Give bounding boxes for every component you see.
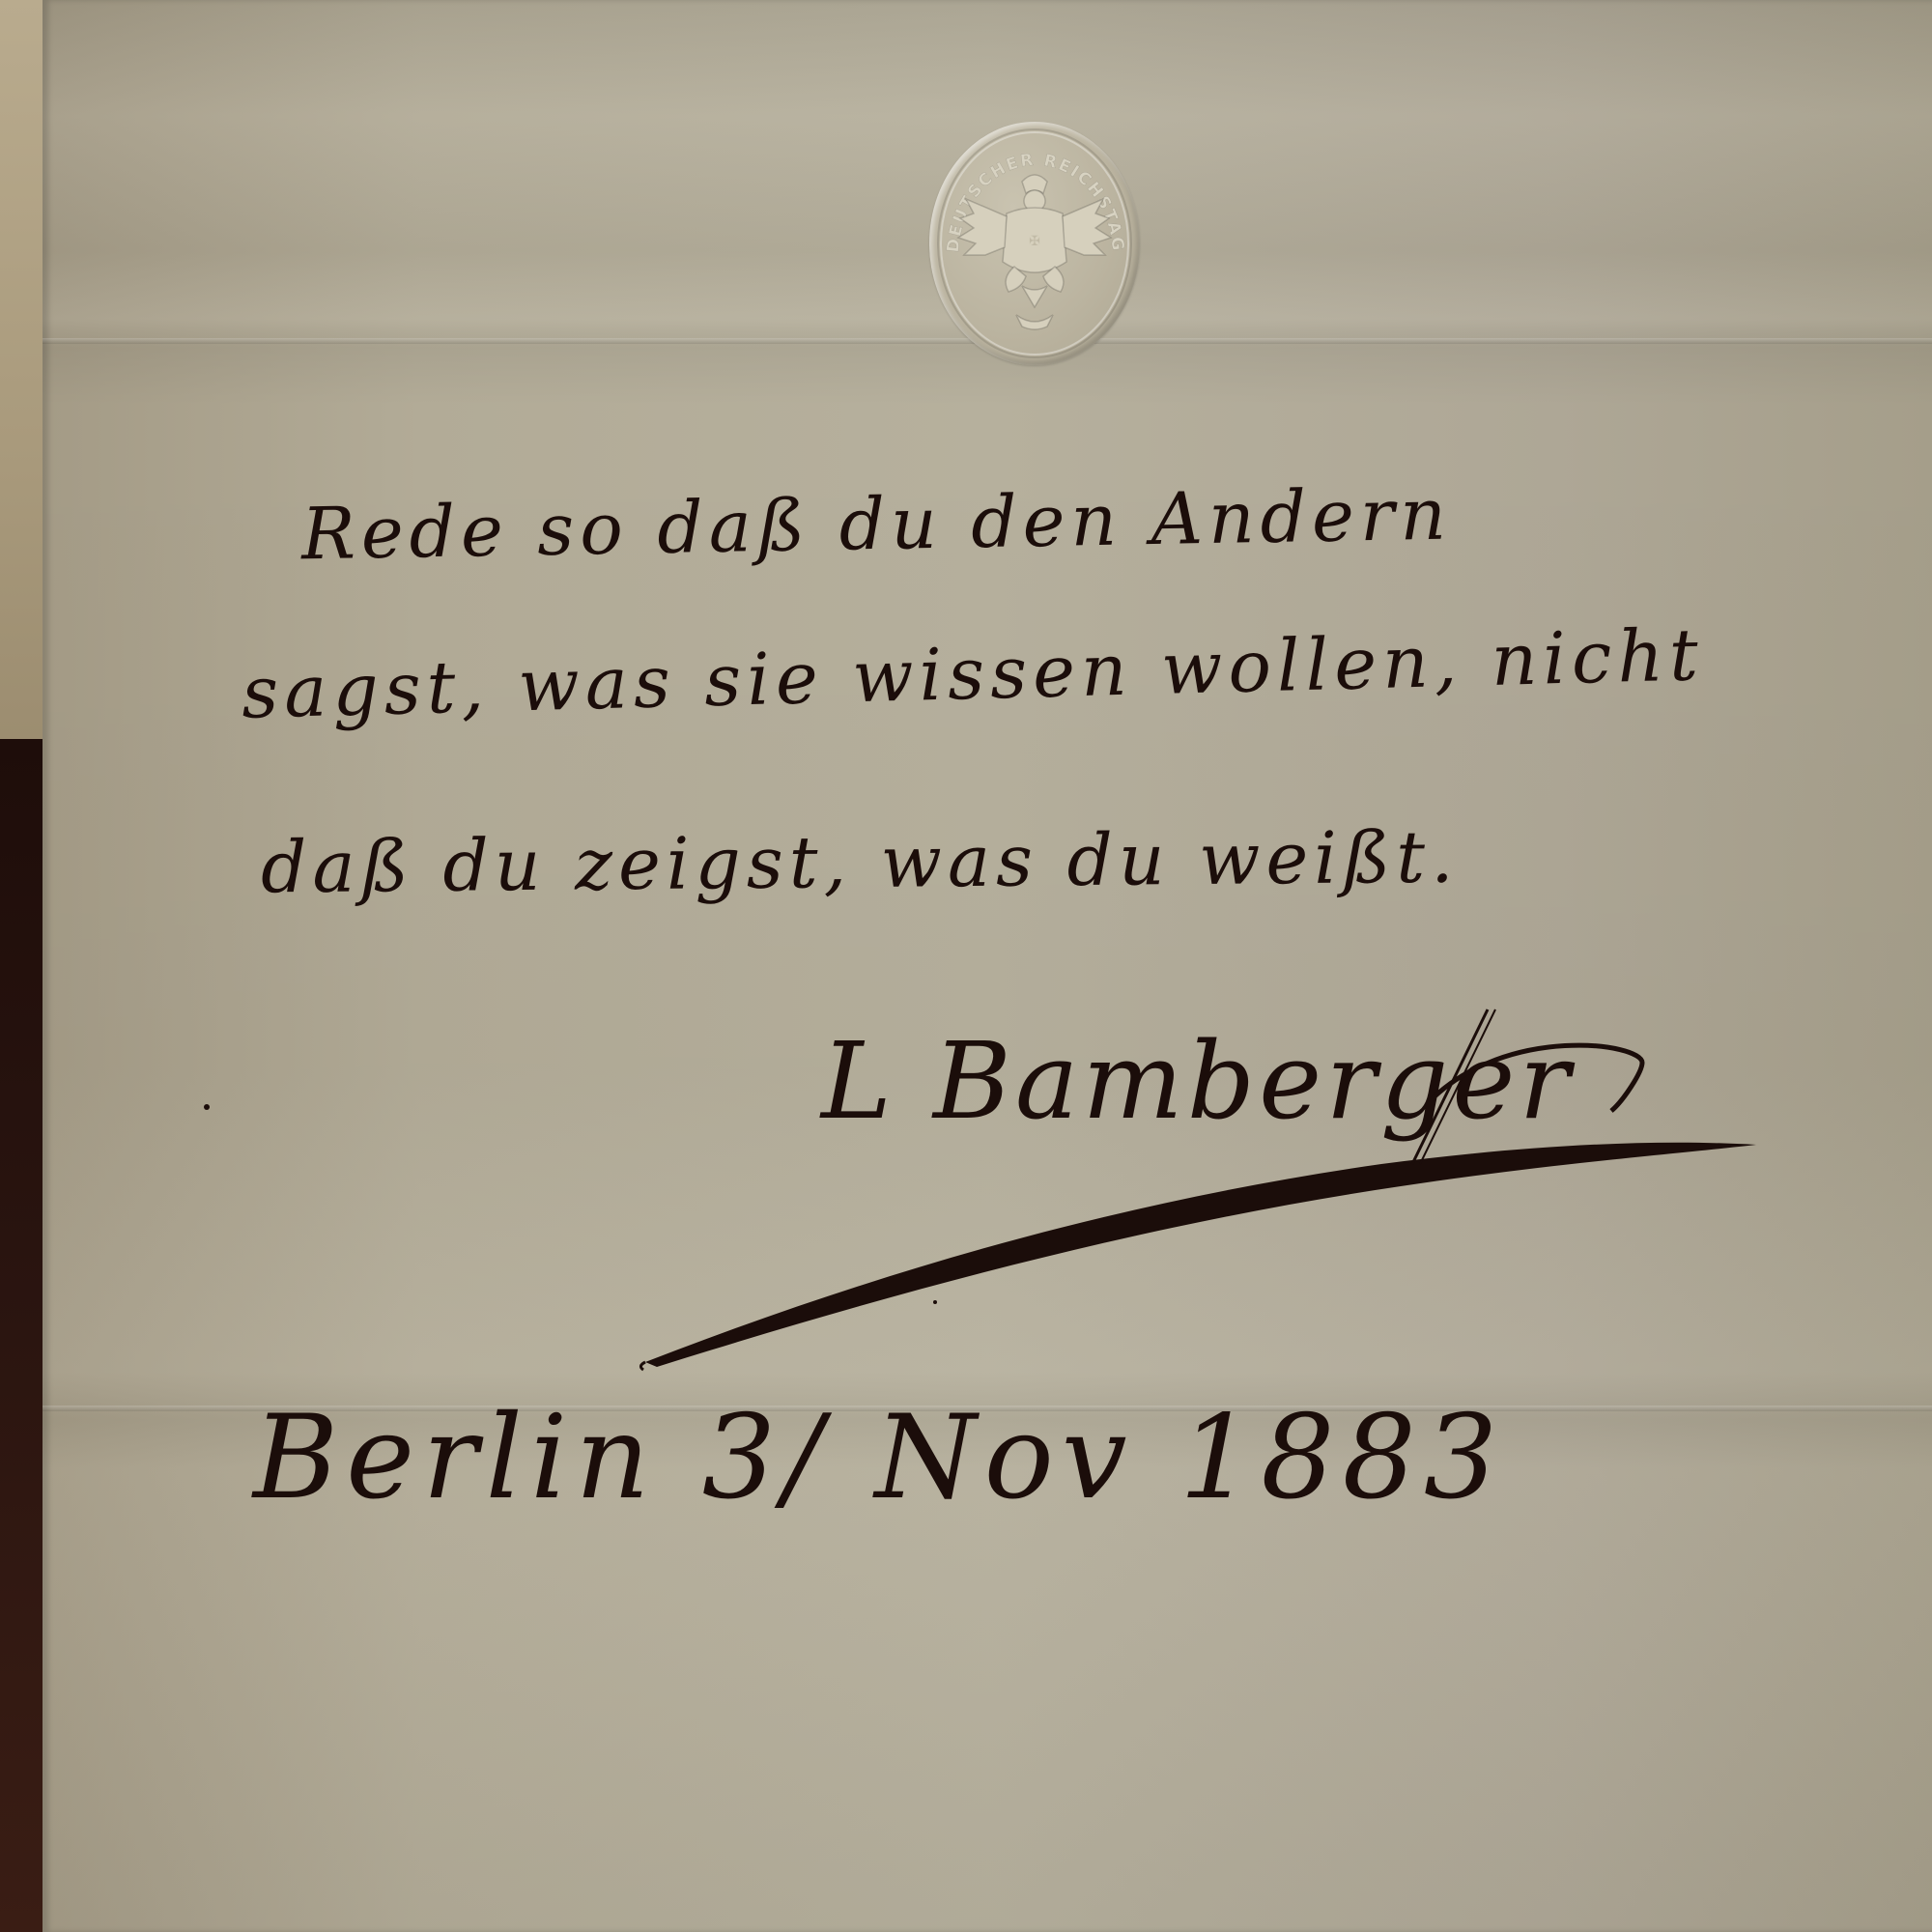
ink-speck — [204, 1104, 210, 1110]
ink-speck — [933, 1300, 937, 1304]
dateline: Berlin 3/ Nov 1883 — [253, 1391, 1505, 1525]
signature-flourish — [0, 0, 1932, 1932]
